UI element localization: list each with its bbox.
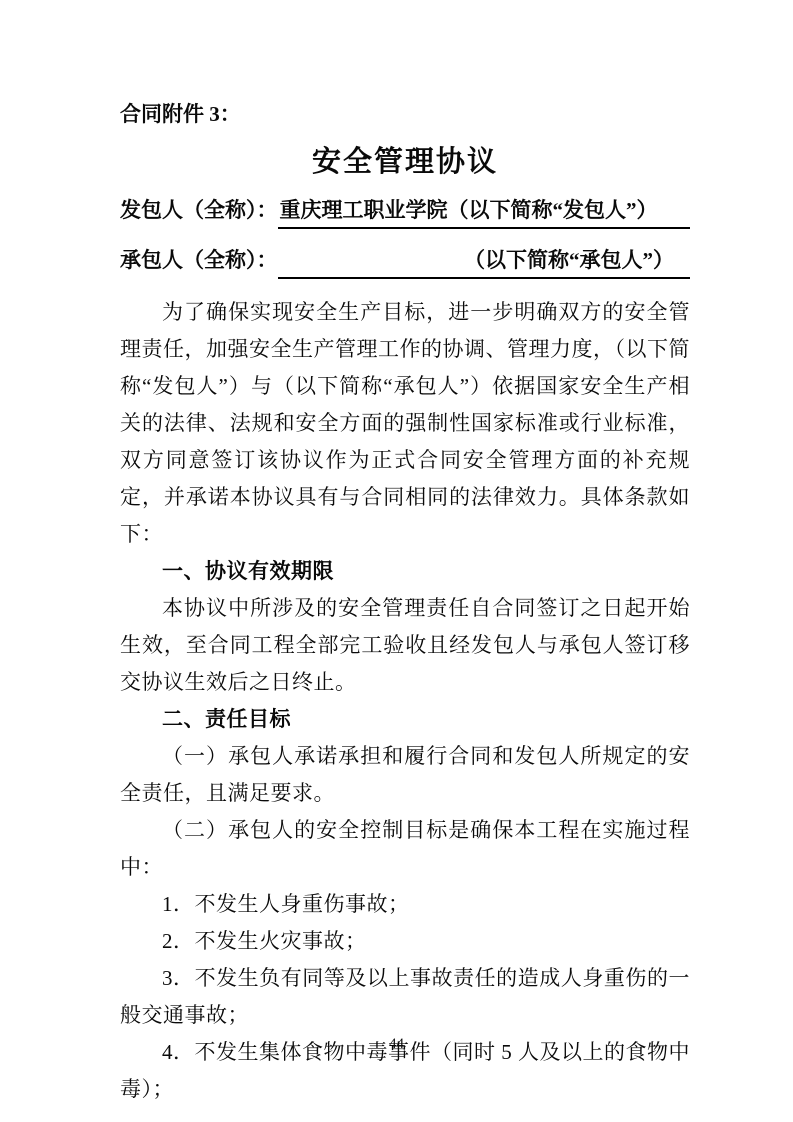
contractor-value-text: （以下简称“承包人”） <box>464 248 674 272</box>
document-page: 合同附件 3： 安全管理协议 发包人（全称）： 重庆理工职业学院（以下简称“发包… <box>0 0 793 1122</box>
employer-underlined-field: 重庆理工职业学院（以下简称“发包人”） <box>278 194 691 229</box>
section-2-clause-2: （二）承包人的安全控制目标是确保本工程在实施过程中： <box>120 812 690 886</box>
section-heading-1: 一、协议有效期限 <box>120 553 690 590</box>
section-2-clause-1: （一）承包人承诺承担和履行合同和发包人所规定的安全责任，且满足要求。 <box>120 738 690 812</box>
contractor-label: 承包人（全称）： <box>120 244 278 279</box>
list-item-1: 1．不发生人身重伤事故； <box>120 886 690 923</box>
section-1-paragraph: 本协议中所涉及的安全管理责任自合同签订之日起开始生效，至合同工程全部完工验收且经… <box>120 590 690 701</box>
document-title: 安全管理协议 <box>120 140 690 184</box>
party-line-contractor: 承包人（全称）： （以下简称“承包人”） <box>120 244 690 279</box>
intro-paragraph: 为了确保实现安全生产目标，进一步明确双方的安全管理责任，加强安全生产管理工作的协… <box>120 294 690 553</box>
party-line-employer: 发包人（全称）： 重庆理工职业学院（以下简称“发包人”） <box>120 194 690 229</box>
section-heading-2: 二、责任目标 <box>120 701 690 738</box>
list-item-2: 2．不发生火灾事故； <box>120 923 690 960</box>
attachment-label: 合同附件 3： <box>120 98 690 130</box>
document-content: 合同附件 3： 安全管理协议 发包人（全称）： 重庆理工职业学院（以下简称“发包… <box>120 98 690 1108</box>
list-item-3: 3．不发生负有同等及以上事故责任的造成人身重伤的一般交通事故； <box>120 960 690 1034</box>
contractor-blank-field: （以下简称“承包人”） <box>278 244 691 279</box>
employer-label: 发包人（全称）： <box>120 194 278 229</box>
page-number: 44 <box>0 1034 793 1054</box>
employer-value-text: 重庆理工职业学院（以下简称“发包人”） <box>280 198 658 222</box>
